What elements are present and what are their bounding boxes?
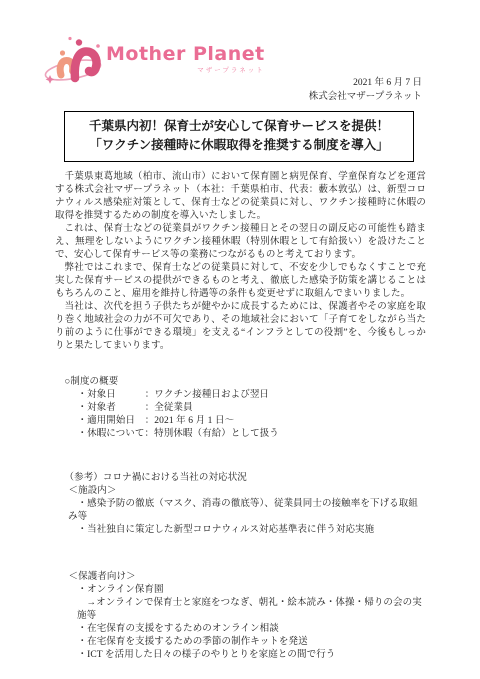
- mother-planet-logo-icon: [42, 34, 104, 86]
- brand-name: Mother Planet: [106, 44, 265, 64]
- overview-item-start-date: ・適用開始日 ：2021 年 6 月 1 日～: [55, 415, 426, 428]
- brand-name-japanese: マザープラネット: [197, 65, 264, 74]
- logo-text: Mother Planet マザープラネット: [106, 44, 265, 74]
- paragraph-intro: 千葉県東葛地域（柏市、流山市）において保育園と病児保育、学童保育などを運営する株…: [55, 171, 426, 223]
- guardian-item-craft-kit: ・在宅保育を支援するための季節の制作キットを発送: [55, 636, 426, 649]
- company-name: 株式会社マザープラネット: [309, 90, 422, 104]
- facility-subsection-title: ＜施設内＞: [55, 485, 426, 498]
- headline-line1: 千葉県内初！保育士が安心して保育サービスを提供！: [67, 117, 411, 136]
- headline-box: 千葉県内初！保育士が安心して保育サービスを提供！ 「ワクチン接種時に休暇取得を推…: [64, 111, 414, 162]
- release-date: 2021 年 6 月 7 日: [309, 76, 422, 90]
- overview-item-leave-type: ・休暇について：特別休暇（有給）として扱う: [55, 428, 426, 441]
- overview-item-target-person: ・対象者 ：全従業員: [55, 402, 426, 415]
- guardian-item-online-nursery-detail: →オンラインで保育士と家庭をつなぎ、朝礼・絵本読み・体操・帰りの会の実施等: [55, 597, 426, 623]
- facility-item-infection-prevention: ・感染予防の徹底（マスク、消毒の徹底等）、従業員同士の接触率を下げる取組み等: [55, 498, 426, 524]
- reference-title: （参考）コロナ禍における当社の対応状況: [55, 472, 426, 485]
- body-content: 千葉県東葛地域（柏市、流山市）において保育園と病児保育、学童保育などを運営する株…: [55, 171, 426, 662]
- paragraph-vaccine-leave: これは、保育士などの従業員がワクチン接種日とその翌日の副反応の可能性も踏まえ、無…: [55, 223, 426, 262]
- company-logo: Mother Planet マザープラネット: [42, 34, 265, 86]
- overview-title: ○制度の概要: [55, 376, 426, 389]
- guardian-item-ict: ・ICT を活用した日々の様子のやりとりを家庭との間で行う: [55, 649, 426, 662]
- press-release-page: Mother Planet マザープラネット 2021 年 6 月 7 日 株式…: [0, 0, 480, 679]
- headline-line2: 「ワクチン接種時に休暇取得を推奨する制度を導入」: [67, 136, 411, 155]
- guardian-item-online-consultation: ・在宅保育の支援をするためのオンライン相談: [55, 623, 426, 636]
- facility-item-standards-table: ・当社独自に策定した新型コロナウィルス対応基準表に伴う対応実施: [55, 524, 426, 537]
- paragraph-mission: 当社は、次代を担う子供たちが健やかに成長するためには、保護者やその家庭を取り巻く…: [55, 301, 426, 353]
- guardian-subsection-title: ＜保護者向け＞: [55, 571, 426, 584]
- overview-item-target-day: ・対象日 ：ワクチン接種日および翌日: [55, 389, 426, 402]
- system-overview-section: ○制度の概要 ・対象日 ：ワクチン接種日および翌日 ・対象者 ：全従業員 ・適用…: [55, 376, 426, 441]
- paragraph-company-efforts: 弊社ではこれまで、保育士などの従業員に対して、不安を少しでもなくすことで充実した…: [55, 262, 426, 301]
- header-right: 2021 年 6 月 7 日 株式会社マザープラネット: [309, 76, 422, 104]
- reference-section: （参考）コロナ禍における当社の対応状況 ＜施設内＞ ・感染予防の徹底（マスク、消…: [55, 472, 426, 537]
- guardian-section: ＜保護者向け＞ ・オンライン保育園 →オンラインで保育士と家庭をつなぎ、朝礼・絵…: [55, 571, 426, 662]
- guardian-item-online-nursery: ・オンライン保育園: [55, 584, 426, 597]
